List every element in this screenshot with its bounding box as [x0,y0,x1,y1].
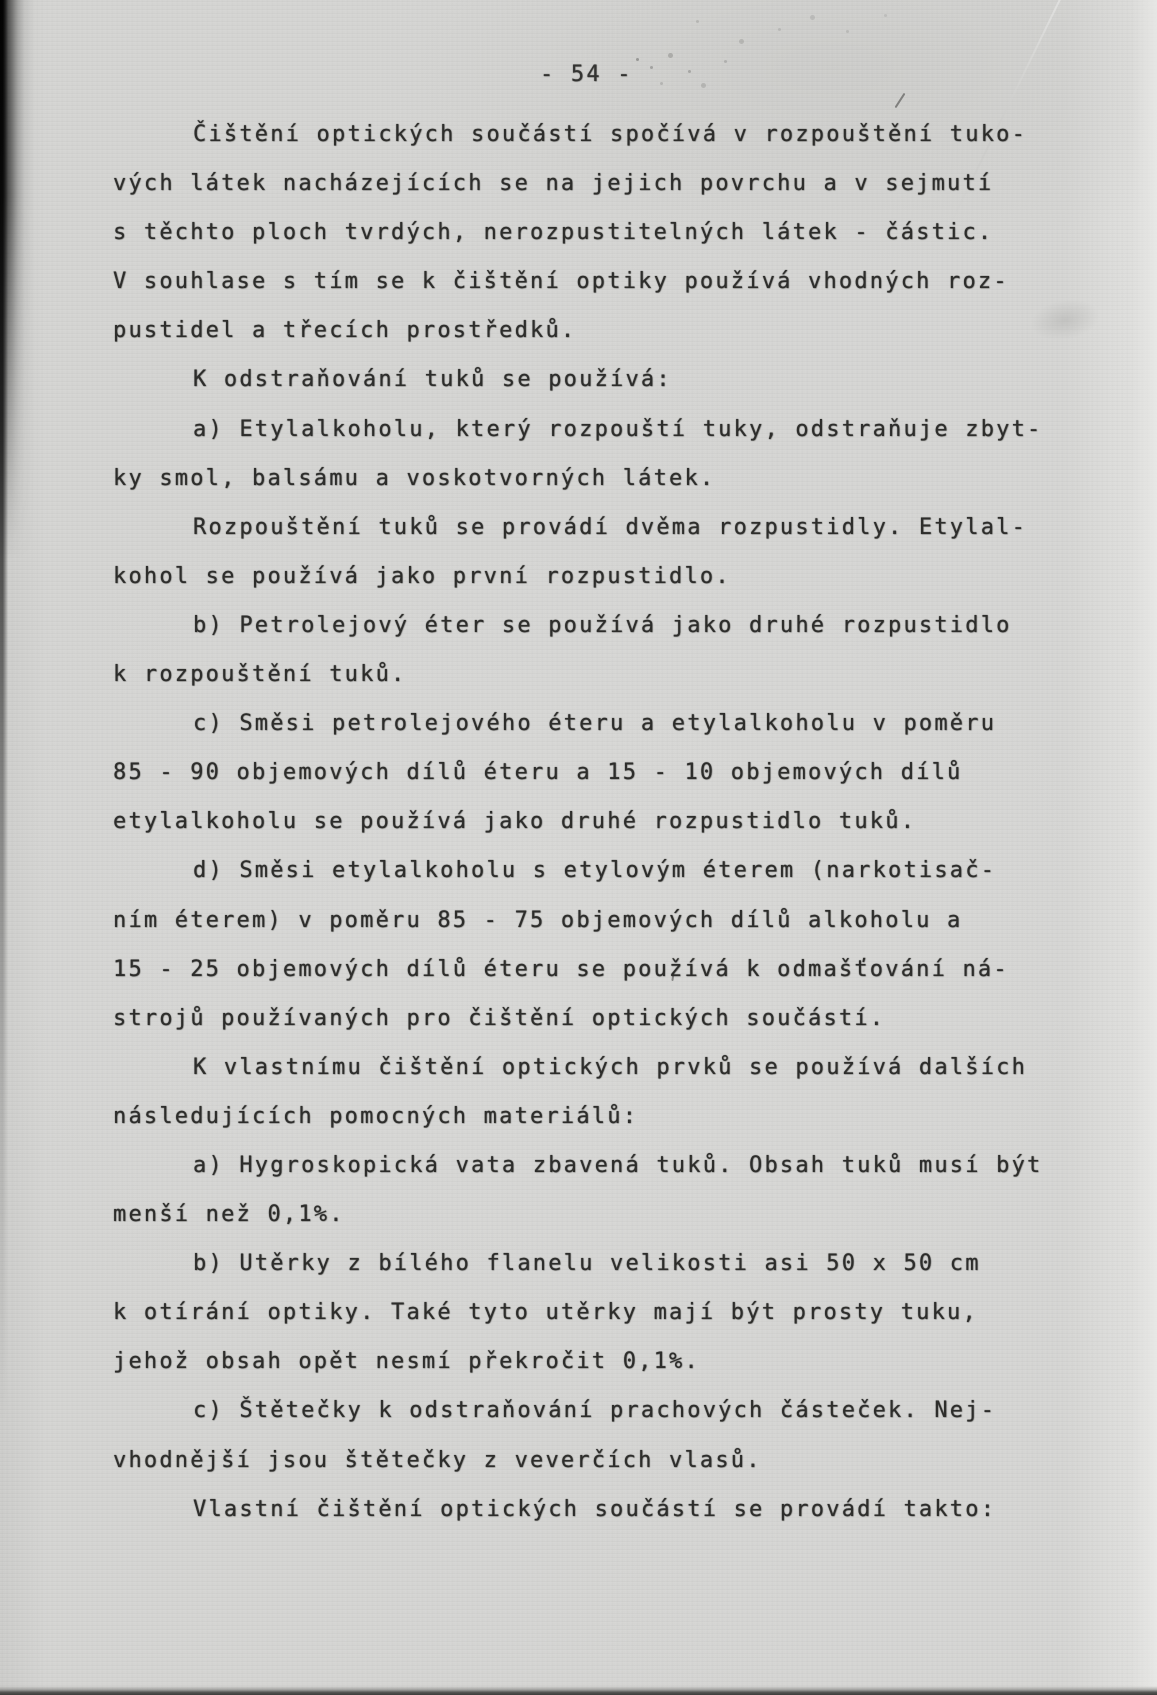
text-line: V souhlase s tím se k čištění optiky pou… [113,257,1073,306]
page-number: - 54 - [540,62,633,87]
text-line: vých látek nacházejících se na jejich po… [113,159,1073,208]
text-line: b) Petrolejový éter se používá jako druh… [113,601,1073,650]
binding-shadow-line [0,0,8,1420]
text-line: d) Směsi etylalkoholu s etylovým éterem … [113,846,1073,895]
text-line: pustidel a třecích prostředků. [113,306,1073,355]
scan-dust-noise [636,58,639,61]
text-line: Čištění optických součástí spočívá v roz… [113,110,1073,159]
text-line: K vlastnímu čištění optických prvků se p… [113,1043,1073,1092]
text-line: k otírání optiky. Také tyto utěrky mají … [113,1288,1073,1337]
text-line: vhodnější jsou štětečky z veverčích vlas… [113,1436,1073,1485]
text-line: b) Utěrky z bílého flanelu velikosti asi… [113,1239,1073,1288]
text-line: strojů používaných pro čištění optických… [113,994,1073,1043]
text-line: jehož obsah opět nesmí překročit 0,1%. [113,1337,1073,1386]
page-right-edge [1131,0,1157,1695]
text-line: c) Štětečky k odstraňování prachových čá… [113,1386,1073,1435]
text-line: K odstraňování tuků se používá: [113,355,1073,404]
text-line: Rozpouštění tuků se provádí dvěma rozpus… [113,503,1073,552]
scanned-document-page: - 54 - Čištění optických součástí spočív… [0,0,1157,1695]
page-bottom-edge [0,1686,1157,1695]
body-text: Čištění optických součástí spočívá v roz… [113,110,1073,1534]
text-line: a) Etylalkoholu, který rozpouští tuky, o… [113,405,1073,454]
text-line: k rozpouštění tuků. [113,650,1073,699]
text-line: kohol se používá jako první rozpustidlo. [113,552,1073,601]
text-line: menší než 0,1%. [113,1190,1073,1239]
text-line: etylalkoholu se používá jako druhé rozpu… [113,797,1073,846]
text-line: a) Hygroskopická vata zbavená tuků. Obsa… [113,1141,1073,1190]
text-line: ním éterem) v poměru 85 - 75 objemových … [113,896,1073,945]
text-line: Vlastní čištění optických součástí se pr… [113,1485,1073,1534]
text-line: ky smol, balsámu a voskotvorných látek. [113,454,1073,503]
text-line: 85 - 90 objemových dílů éteru a 15 - 10 … [113,748,1073,797]
text-line: následujících pomocných materiálů: [113,1092,1073,1141]
text-line: c) Směsi petrolejového éteru a etylalkoh… [113,699,1073,748]
scan-scratch-artifact [895,93,906,108]
text-line: 15 - 25 objemových dílů éteru se používá… [113,945,1073,994]
text-line: s těchto ploch tvrdých, nerozpustitelnýc… [113,208,1073,257]
